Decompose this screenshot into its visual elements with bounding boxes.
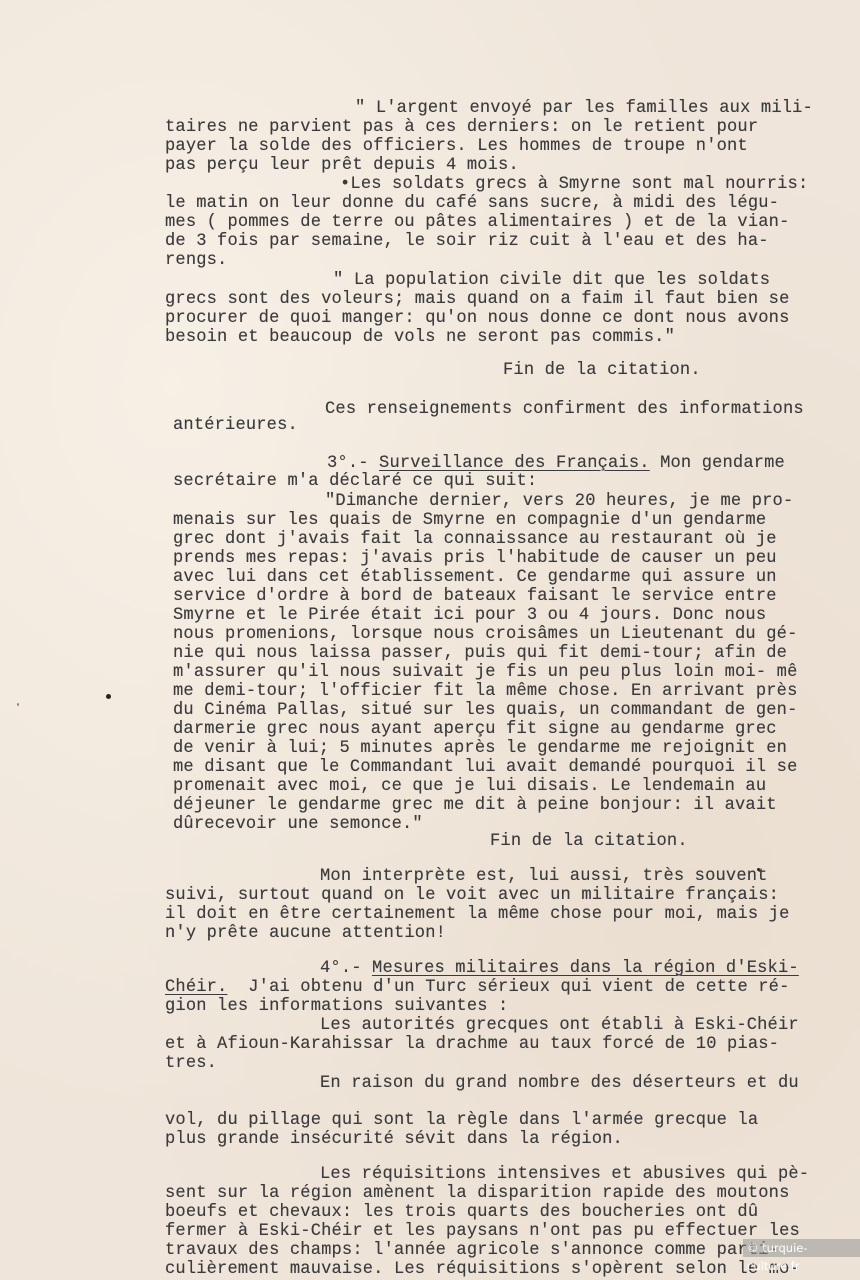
document-line: secrétaire m'a déclaré ce qui suit:	[173, 472, 537, 491]
line-text: Fin de la citation.	[503, 361, 701, 380]
line-text: nie qui nous laissa passer, puis qui fit…	[173, 644, 787, 663]
document-line: m'assurer qu'il nous suivait je fis un p…	[173, 663, 797, 682]
line-text: Ces renseignements confirment des inform…	[325, 400, 804, 419]
typewritten-document-page: culièrement mauvaise. Les réquisitions s…	[0, 0, 860, 1280]
document-line: 3°.- Surveillance des Français. Mon gend…	[327, 454, 785, 473]
section-heading-underlined: Surveillance des Français.	[379, 454, 650, 473]
line-text: grec dont j'avais fait la connaissance a…	[173, 530, 777, 549]
line-text: fermer à Eski-Chéir et les paysans n'ont…	[165, 1222, 800, 1241]
line-text: "Dimanche dernier, vers 20 heures, je me…	[325, 492, 793, 511]
line-text: darmerie grec nous ayant aperçu fit sign…	[173, 720, 777, 739]
line-text: mes ( pommes de terre ou pâtes alimentai…	[165, 213, 789, 232]
document-line: promenait avec moi, ce que je lui disais…	[173, 777, 766, 796]
document-line: sent sur la région amènent la disparitio…	[165, 1184, 789, 1203]
line-text: prends mes repas: j'avais pris l'habitud…	[173, 549, 777, 568]
line-text: de 3 fois par semaine, le soir riz cuit …	[165, 232, 769, 251]
document-line: et à Afioun-Karahissar la drachme au tau…	[165, 1035, 779, 1054]
line-text: travaux des champs: l'année agricole s'a…	[165, 1241, 779, 1260]
document-line: grecs sont des voleurs; mais quand on a …	[165, 290, 789, 309]
line-text-rest: Mon gendarme	[650, 454, 785, 473]
document-line: vol, du pillage qui sont la règle dans l…	[165, 1111, 758, 1130]
document-line: prends mes repas: j'avais pris l'habitud…	[173, 549, 777, 568]
document-line: Les autorités grecques ont établi à Eski…	[320, 1016, 799, 1035]
line-text: n'y prête aucune attention!	[165, 924, 446, 943]
document-line: boeufs et chevaux: les trois quarts des …	[165, 1203, 758, 1222]
line-text: plus grande insécurité sévit dans la rég…	[165, 1130, 623, 1149]
line-text: et à Afioun-Karahissar la drachme au tau…	[165, 1035, 779, 1054]
document-line: " La population civile dit que les solda…	[333, 271, 770, 290]
line-text: Mon interprète est, lui aussi, très souv…	[320, 867, 768, 886]
line-text: grecs sont des voleurs; mais quand on a …	[165, 290, 789, 309]
document-line: culièrement mauvaise. Les réquisitions s…	[165, 1260, 800, 1279]
line-text: vol, du pillage qui sont la règle dans l…	[165, 1111, 758, 1130]
document-line: menais sur les quais de Smyrne en compag…	[173, 511, 766, 530]
line-text: tres.	[165, 1054, 217, 1073]
document-line: Mon interprète est, lui aussi, très souv…	[320, 867, 768, 886]
document-line: grec dont j'avais fait la connaissance a…	[173, 530, 777, 549]
document-line: "Dimanche dernier, vers 20 heures, je me…	[325, 492, 793, 511]
line-text: m'assurer qu'il nous suivait je fis un p…	[173, 663, 797, 682]
line-text: besoin et beaucoup de vols ne seront pas…	[165, 328, 675, 347]
ink-speck	[17, 703, 19, 706]
document-line: me disant que le Commandant lui avait de…	[173, 758, 797, 777]
document-line: besoin et beaucoup de vols ne seront pas…	[165, 328, 675, 347]
line-text: rengs.	[165, 251, 227, 270]
section-heading-underlined: Mesures militaires dans la région d'Eski…	[372, 959, 799, 978]
line-text: procurer de quoi manger: qu'on nous donn…	[165, 309, 789, 328]
line-text: taires ne parvient pas à ces derniers: o…	[165, 118, 758, 137]
document-line: " L'argent envoyé par les familles aux m…	[355, 99, 813, 118]
line-text: du Cinéma Pallas, situé sur les quais, u…	[173, 701, 797, 720]
line-text: •Les soldats grecs à Smyrne sont mal nou…	[340, 175, 808, 194]
document-line: Fin de la citation.	[503, 361, 701, 380]
line-text: pas perçu leur prêt depuis 4 mois.	[165, 156, 519, 175]
document-line: de venir à lui; 5 minutes après le genda…	[173, 739, 787, 758]
document-line: fermer à Eski-Chéir et les paysans n'ont…	[165, 1222, 800, 1241]
document-line: tres.	[165, 1054, 217, 1073]
document-line: darmerie grec nous ayant aperçu fit sign…	[173, 720, 777, 739]
document-line: avec lui dans cet établissement. Ce gend…	[173, 568, 777, 587]
ink-speck	[106, 694, 111, 699]
line-text: menais sur les quais de Smyrne en compag…	[173, 511, 766, 530]
document-line: antérieures.	[173, 416, 298, 435]
document-line: il doit en être certainement la même cho…	[165, 905, 789, 924]
line-text: me disant que le Commandant lui avait de…	[173, 758, 797, 777]
document-line: rengs.	[165, 251, 227, 270]
line-text: 4°.-	[320, 959, 372, 978]
document-line: Chéir. J'ai obtenu d'un Turc sérieux qui…	[165, 978, 789, 997]
document-line: dûrecevoir une semonce."	[173, 815, 423, 834]
line-text: suivi, surtout quand on le voit avec un …	[165, 886, 779, 905]
line-text: payer la solde des officiers. Les hommes…	[165, 137, 748, 156]
line-text: " La population civile dit que les solda…	[333, 271, 770, 290]
document-line: me demi-tour; l'officier fit la même cho…	[173, 682, 797, 701]
line-text: 3°.-	[327, 454, 379, 473]
document-line: •Les soldats grecs à Smyrne sont mal nou…	[340, 175, 808, 194]
document-line: nous promenions, lorsque nous croisâmes …	[173, 625, 797, 644]
document-line: payer la solde des officiers. Les hommes…	[165, 137, 748, 156]
line-text: culièrement mauvaise. Les réquisitions s…	[165, 1260, 800, 1279]
line-text: me demi-tour; l'officier fit la même cho…	[173, 682, 797, 701]
line-text: Les autorités grecques ont établi à Eski…	[320, 1016, 799, 1035]
document-line: pas perçu leur prêt depuis 4 mois.	[165, 156, 519, 175]
line-text: secrétaire m'a déclaré ce qui suit:	[173, 472, 537, 491]
document-line: n'y prête aucune attention!	[165, 924, 446, 943]
line-text: nous promenions, lorsque nous croisâmes …	[173, 625, 797, 644]
line-text: Fin de la citation.	[490, 832, 688, 851]
document-line: travaux des champs: l'année agricole s'a…	[165, 1241, 779, 1260]
document-line: Smyrne et le Pirée était ici pour 3 ou 4…	[173, 606, 766, 625]
line-text-rest: J'ai obtenu d'un Turc sérieux qui vient …	[227, 978, 789, 997]
document-line: Les réquisitions intensives et abusives …	[320, 1165, 809, 1184]
document-line: du Cinéma Pallas, situé sur les quais, u…	[173, 701, 797, 720]
document-line: mes ( pommes de terre ou pâtes alimentai…	[165, 213, 789, 232]
line-text: dûrecevoir une semonce."	[173, 815, 423, 834]
document-line: gion les informations suivantes :	[165, 997, 508, 1016]
document-line: Ces renseignements confirment des inform…	[325, 400, 804, 419]
document-line: taires ne parvient pas à ces derniers: o…	[165, 118, 758, 137]
document-line: de 3 fois par semaine, le soir riz cuit …	[165, 232, 769, 251]
document-line: procurer de quoi manger: qu'on nous donn…	[165, 309, 789, 328]
document-line: déjeuner le gendarme grec me dit à peine…	[173, 796, 777, 815]
document-line: suivi, surtout quand on le voit avec un …	[165, 886, 779, 905]
document-line: Fin de la citation.	[490, 832, 688, 851]
line-text: il doit en être certainement la même cho…	[165, 905, 789, 924]
line-text: antérieures.	[173, 416, 298, 435]
document-line: plus grande insécurité sévit dans la rég…	[165, 1130, 623, 1149]
line-text: sent sur la région amènent la disparitio…	[165, 1184, 789, 1203]
line-text: En raison du grand nombre des déserteurs…	[320, 1074, 799, 1093]
copyright-watermark: © turquie-culture.fr	[743, 1239, 860, 1257]
line-text: promenait avec moi, ce que je lui disais…	[173, 777, 766, 796]
line-text: " L'argent envoyé par les familles aux m…	[355, 99, 813, 118]
document-line: service d'ordre à bord de bateaux faisan…	[173, 587, 777, 606]
line-text: de venir à lui; 5 minutes après le genda…	[173, 739, 787, 758]
section-heading-underlined: Chéir.	[165, 978, 227, 997]
line-text: service d'ordre à bord de bateaux faisan…	[173, 587, 777, 606]
line-text: le matin on leur donne du café sans sucr…	[165, 194, 779, 213]
document-line: En raison du grand nombre des déserteurs…	[320, 1074, 799, 1093]
document-line: 4°.- Mesures militaires dans la région d…	[320, 959, 799, 978]
document-line: nie qui nous laissa passer, puis qui fit…	[173, 644, 787, 663]
line-text: Smyrne et le Pirée était ici pour 3 ou 4…	[173, 606, 766, 625]
line-text: avec lui dans cet établissement. Ce gend…	[173, 568, 777, 587]
line-text: déjeuner le gendarme grec me dit à peine…	[173, 796, 777, 815]
line-text: boeufs et chevaux: les trois quarts des …	[165, 1203, 758, 1222]
line-text: Les réquisitions intensives et abusives …	[320, 1165, 809, 1184]
document-line: le matin on leur donne du café sans sucr…	[165, 194, 779, 213]
line-text: gion les informations suivantes :	[165, 997, 508, 1016]
ink-speck	[757, 868, 760, 871]
